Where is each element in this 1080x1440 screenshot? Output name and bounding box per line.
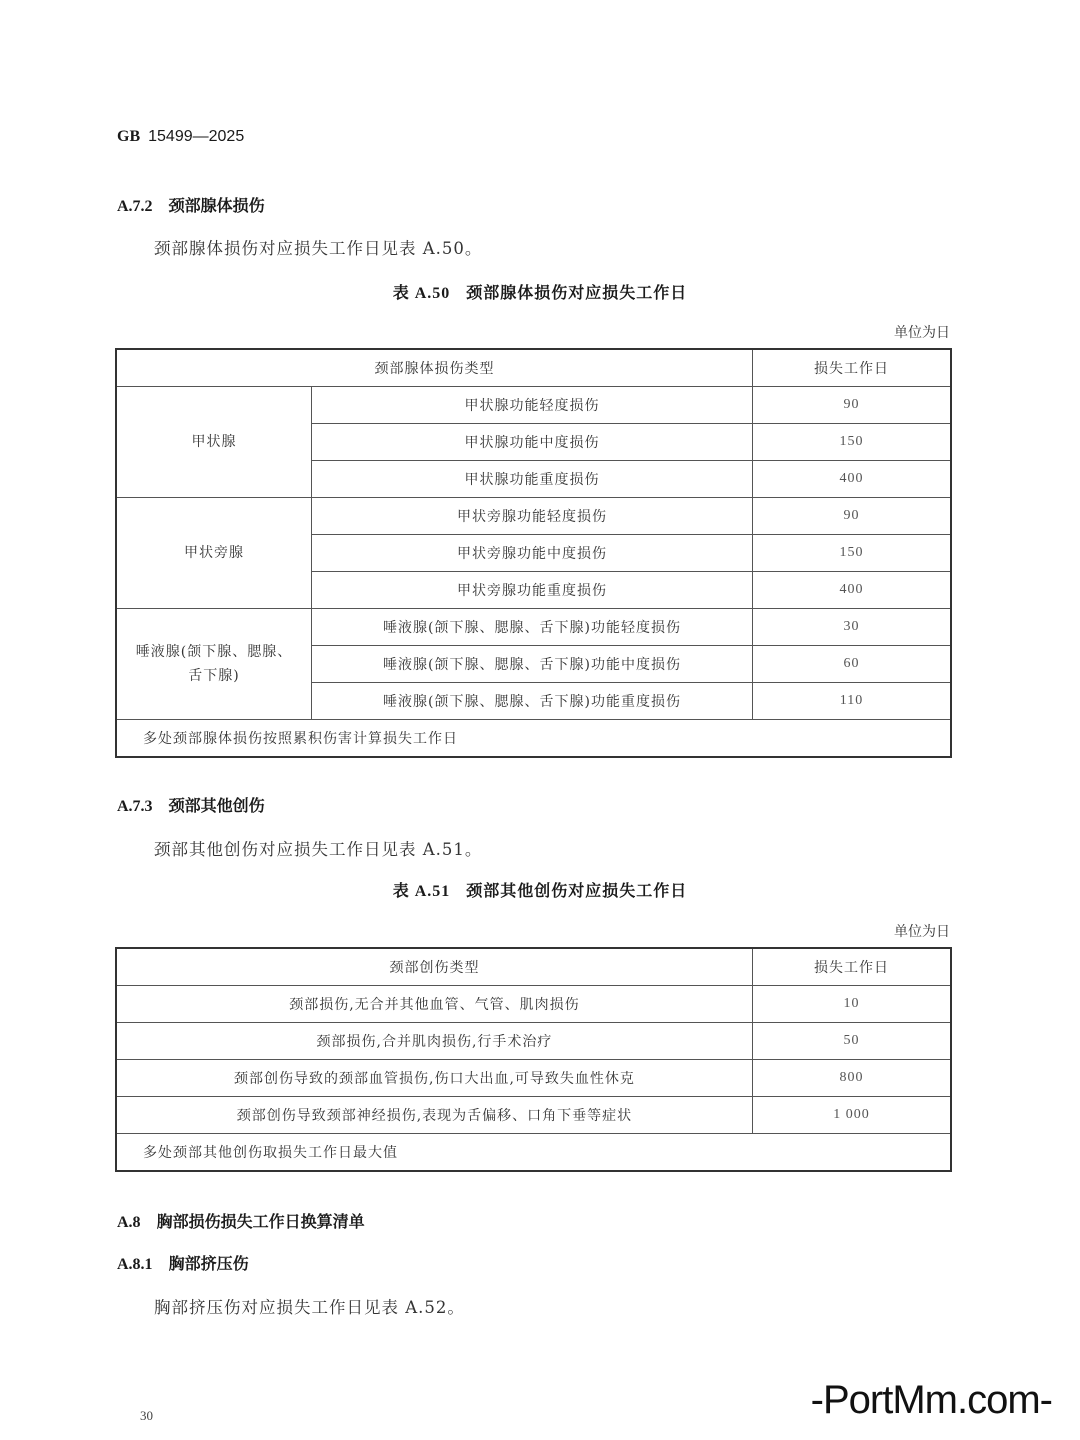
days-cell: 400 xyxy=(752,461,951,498)
section-number: A.7.3 xyxy=(117,798,153,815)
header-cell-days: 损失工作日 xyxy=(752,948,951,986)
type-cell: 甲状腺功能中度损伤 xyxy=(312,424,753,461)
table-number: 表 A.51 xyxy=(393,883,451,900)
section-number: A.8 xyxy=(117,1214,141,1231)
days-cell: 400 xyxy=(752,572,951,609)
group-name-line2: 舌下腺) xyxy=(117,664,311,688)
table-row: 甲状腺 甲状腺功能轻度损伤 90 xyxy=(116,387,951,424)
type-cell: 甲状旁腺功能轻度损伤 xyxy=(312,498,753,535)
type-cell: 唾液腺(颌下腺、腮腺、舌下腺)功能重度损伤 xyxy=(312,683,753,720)
days-cell: 1 000 xyxy=(752,1097,951,1134)
table-row: 颈部损伤,合并肌肉损伤,行手术治疗 50 xyxy=(116,1023,951,1060)
group-cell: 甲状腺 xyxy=(116,387,312,498)
standard-code: GB15499—2025 xyxy=(117,128,244,146)
table-title: 颈部腺体损伤对应损失工作日 xyxy=(466,283,687,302)
header-cell-type: 颈部腺体损伤类型 xyxy=(116,349,752,387)
days-cell: 90 xyxy=(752,387,951,424)
table-note: 多处颈部腺体损伤按照累积伤害计算损失工作日 xyxy=(116,720,951,758)
section-title: 胸部挤压伤 xyxy=(169,1254,249,1273)
table-header-row: 颈部腺体损伤类型 损失工作日 xyxy=(116,349,951,387)
standard-prefix: GB xyxy=(117,128,140,145)
table-header-row: 颈部创伤类型 损失工作日 xyxy=(116,948,951,986)
table-row: 颈部创伤导致的颈部血管损伤,伤口大出血,可导致失血性休克 800 xyxy=(116,1060,951,1097)
group-cell: 甲状旁腺 xyxy=(116,498,312,609)
days-cell: 800 xyxy=(752,1060,951,1097)
type-cell: 颈部创伤导致颈部神经损伤,表现为舌偏移、口角下垂等症状 xyxy=(116,1097,752,1134)
table-note-row: 多处颈部腺体损伤按照累积伤害计算损失工作日 xyxy=(116,720,951,758)
watermark: -PortMm.com- xyxy=(811,1378,1052,1423)
table-row: 唾液腺(颌下腺、腮腺、 舌下腺) 唾液腺(颌下腺、腮腺、舌下腺)功能轻度损伤 3… xyxy=(116,609,951,646)
days-cell: 60 xyxy=(752,646,951,683)
unit-label-a51: 单位为日 xyxy=(894,921,950,941)
standard-number: 15499—2025 xyxy=(148,128,244,145)
type-cell: 唾液腺(颌下腺、腮腺、舌下腺)功能轻度损伤 xyxy=(312,609,753,646)
table-note: 多处颈部其他创伤取损失工作日最大值 xyxy=(116,1134,951,1172)
type-cell: 颈部损伤,无合并其他血管、气管、肌肉损伤 xyxy=(116,986,752,1023)
type-cell: 甲状旁腺功能中度损伤 xyxy=(312,535,753,572)
table-row: 颈部损伤,无合并其他血管、气管、肌肉损伤 10 xyxy=(116,986,951,1023)
table-a51: 颈部创伤类型 损失工作日 颈部损伤,无合并其他血管、气管、肌肉损伤 10 颈部损… xyxy=(115,947,952,1172)
type-cell: 颈部损伤,合并肌肉损伤,行手术治疗 xyxy=(116,1023,752,1060)
section-number: A.8.1 xyxy=(117,1256,153,1273)
type-cell: 甲状旁腺功能重度损伤 xyxy=(312,572,753,609)
unit-label-a50: 单位为日 xyxy=(894,322,950,342)
days-cell: 150 xyxy=(752,535,951,572)
section-paragraph-a81: 胸部挤压伤对应损失工作日见表 A.52。 xyxy=(154,1294,465,1318)
days-cell: 150 xyxy=(752,424,951,461)
type-cell: 唾液腺(颌下腺、腮腺、舌下腺)功能中度损伤 xyxy=(312,646,753,683)
group-cell: 唾液腺(颌下腺、腮腺、 舌下腺) xyxy=(116,609,312,720)
type-cell: 甲状腺功能重度损伤 xyxy=(312,461,753,498)
type-cell: 甲状腺功能轻度损伤 xyxy=(312,387,753,424)
group-name-line1: 唾液腺(颌下腺、腮腺、 xyxy=(117,640,311,664)
section-paragraph-a72: 颈部腺体损伤对应损失工作日见表 A.50。 xyxy=(154,235,482,259)
table-a50: 颈部腺体损伤类型 损失工作日 甲状腺 甲状腺功能轻度损伤 90 甲状腺功能中度损… xyxy=(115,348,952,758)
section-title: 颈部腺体损伤 xyxy=(169,196,265,215)
section-heading-a81: A.8.1胸部挤压伤 xyxy=(117,1251,249,1274)
table-caption-a50: 表 A.50颈部腺体损伤对应损失工作日 xyxy=(0,280,1080,303)
section-title: 颈部其他创伤 xyxy=(169,796,265,815)
days-cell: 110 xyxy=(752,683,951,720)
type-cell: 颈部创伤导致的颈部血管损伤,伤口大出血,可导致失血性休克 xyxy=(116,1060,752,1097)
section-heading-a72: A.7.2颈部腺体损伤 xyxy=(117,193,265,216)
table-row: 甲状旁腺 甲状旁腺功能轻度损伤 90 xyxy=(116,498,951,535)
page-number: 30 xyxy=(140,1408,153,1424)
header-cell-days: 损失工作日 xyxy=(752,349,951,387)
days-cell: 90 xyxy=(752,498,951,535)
days-cell: 10 xyxy=(752,986,951,1023)
table-number: 表 A.50 xyxy=(393,285,451,302)
days-cell: 30 xyxy=(752,609,951,646)
table-title: 颈部其他创伤对应损失工作日 xyxy=(466,881,687,900)
table-note-row: 多处颈部其他创伤取损失工作日最大值 xyxy=(116,1134,951,1172)
section-paragraph-a73: 颈部其他创伤对应损失工作日见表 A.51。 xyxy=(154,836,482,860)
section-title: 胸部损伤损失工作日换算清单 xyxy=(157,1212,365,1231)
table-caption-a51: 表 A.51颈部其他创伤对应损失工作日 xyxy=(0,878,1080,901)
section-heading-a73: A.7.3颈部其他创伤 xyxy=(117,793,265,816)
section-number: A.7.2 xyxy=(117,198,153,215)
days-cell: 50 xyxy=(752,1023,951,1060)
section-heading-a8: A.8胸部损伤损失工作日换算清单 xyxy=(117,1209,365,1232)
header-cell-type: 颈部创伤类型 xyxy=(116,948,752,986)
table-row: 颈部创伤导致颈部神经损伤,表现为舌偏移、口角下垂等症状 1 000 xyxy=(116,1097,951,1134)
